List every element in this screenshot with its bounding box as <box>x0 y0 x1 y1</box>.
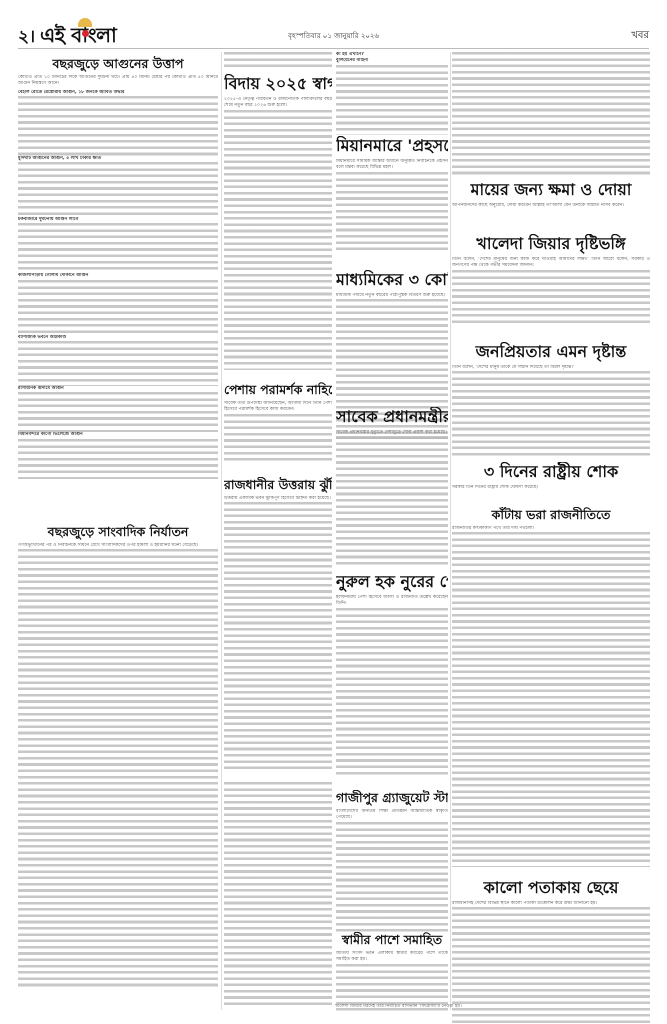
headline: গাজীপুর গ্র্যাজুয়েট স্টাডিজ <box>336 790 448 806</box>
subhead: চকবাজারে দুর্ঘটনায় আগুন লাগে <box>18 217 79 222</box>
article-khaleda: খালেদা জিয়ার দৃষ্টিভঙ্গি তিনি বলেন, 'দে… <box>452 234 650 339</box>
subhead: বিমানবন্দরে কার্গো ভিলেজে আগুন <box>18 432 83 437</box>
section-label: খবর <box>631 28 649 45</box>
headline: বিদায় ২০২৫ স্বাগতম <box>224 74 332 94</box>
article-lead: আপনজনদের কাছে অনুরোধ, দোয়া করবেন আল্লাহ… <box>452 203 650 209</box>
headline: নুরুল হক নুরের পেশা <box>336 572 448 592</box>
headline: জনপ্রিয়তার এমন দৃষ্টান্ত <box>452 342 650 362</box>
sun-icon <box>78 18 92 27</box>
subhead: কাজলাপাড়ায় গোলাম দোকানে আগুন <box>18 273 88 278</box>
article-myanmar: মিয়ানমারে 'প্রহসনের' মিয়ানমারে সামরিক … <box>336 136 448 266</box>
subhead: কী হয় এখানে? <box>336 52 364 57</box>
article-journalists: বছরজুড়ে সাংবাদিক নির্যাতন গণঅভ্যুত্থানে… <box>18 524 218 1010</box>
article-fire: বছরজুড়ে আগুনের উত্তাপ কোথাও প্রতি ১০ মি… <box>18 56 218 496</box>
headline: পেশায় পরামর্শক নাহিদের <box>224 382 332 398</box>
article-lead: হলফনামায় পেশা হিসেবে ব্যবসা ও রাজনীতি উ… <box>336 595 448 608</box>
column-divider <box>221 52 222 1010</box>
column-divider <box>450 52 451 1010</box>
headline: স্বামীর পাশে সমাহিত <box>336 932 448 948</box>
article-mourning: ৩ দিনের রাষ্ট্রীয় শোক সরকার তিন দিনের র… <box>452 462 650 502</box>
article-politics: কাঁটায় ভরা রাজনীতিতে রাজনীতির কণ্টকাকীর… <box>452 507 650 877</box>
headline: ৩ দিনের রাষ্ট্রীয় শোক <box>452 462 650 482</box>
subhead: বাণিজ্যিক ভবনে অগ্নিকাণ্ড <box>18 335 66 340</box>
column-right: মায়ের জন্য ক্ষমা ও দোয়া আপনজনদের কাছে … <box>452 52 650 1010</box>
article-ex-pm: সাবেক প্রধানমন্ত্রীর মৃত্যুতে সাবেক প্রধ… <box>336 407 448 567</box>
article-black-flag: কালো পতাকায় ছেয়ে রাজধানীসহ দেশের বিভিন… <box>452 878 650 1010</box>
article-lead: জাতীয় সংসদ ভবন এলাকায় স্বামীর কবরের পা… <box>336 951 448 964</box>
edition-date: বৃহস্পতিবার ০১ জানুয়ারি ২০২৬ <box>18 30 649 42</box>
footer-note: খালেদা জিয়ার মরদেহ তাঁর নির্বাচিত বাসভব… <box>335 1004 649 1010</box>
headline: বছরজুড়ে সাংবাদিক নির্যাতন <box>18 524 218 540</box>
article-stadium: গাজীপুর গ্র্যাজুয়েট স্টাডিজ বাংলাদেশের … <box>336 790 448 930</box>
article-welcome-2025: বিদায় ২০২৫ স্বাগতম ২০২৫-এ নেতৃত্ব পরিবর… <box>224 74 332 374</box>
headline: কাঁটায় ভরা রাজনীতিতে <box>452 507 650 523</box>
headline: খালেদা জিয়ার দৃষ্টিভঙ্গি <box>452 234 650 254</box>
article-capital: রাজধানীর উত্তরায় ঝুঁকিপূর্ণ উত্তরায় এক… <box>224 477 332 777</box>
subhead: মুদিঘাট আগুনের আগুন, ৫ লাখ টাকার ক্ষতি <box>18 156 101 161</box>
column-left: বছরজুড়ে আগুনের উত্তাপ কোথাও প্রতি ১০ মি… <box>18 52 218 1010</box>
article-advisor: পেশায় পরামর্শক নাহিদের সাবেক তথ্য উপদেষ… <box>224 382 332 472</box>
article-left-continued <box>224 782 332 1010</box>
article-myanmar-side: কী হয় এখানে? বুলিয়েনের বাহিনী <box>336 52 448 142</box>
article-top-right <box>452 52 650 182</box>
headline: মায়ের জন্য ক্ষমা ও দোয়া <box>452 180 650 200</box>
article-lead: তিনি বলেন, 'দেশের মানুষের জন্য কাজ করে য… <box>452 257 650 270</box>
subhead: বুলিয়েনের বাহিনী <box>336 58 368 63</box>
myanmar-continued <box>224 52 332 72</box>
article-lead: কোথাও প্রতি ১০ মিনিটের দিকে আগুনের দুর্ঘ… <box>18 75 218 88</box>
headline: রাজধানীর উত্তরায় ঝুঁকিপূর্ণ <box>224 477 332 493</box>
article-lead: মিয়ানমারে সামরিক জান্তার অধীনে অনুষ্ঠিত… <box>336 159 448 172</box>
article-husband: স্বামীর পাশে সমাহিত জাতীয় সংসদ ভবন এলাক… <box>336 932 448 1012</box>
headline: মাধ্যমিকের ৩ কোটি <box>336 270 448 290</box>
headline: মিয়ানমারে 'প্রহসনের' <box>336 136 448 156</box>
article-nurul-haq: নুরুল হক নুরের পেশা হলফনামায় পেশা হিসেব… <box>336 572 448 772</box>
article-popularity: জনপ্রিয়তার এমন দৃষ্টান্ত তিনি বলেন, 'দে… <box>452 342 650 460</box>
headline: কালো পতাকায় ছেয়ে <box>452 878 650 898</box>
article-lead: সরকার তিন দিনের রাষ্ট্রীয় শোক ঘোষণা করে… <box>452 485 650 491</box>
article-lead: সাবেক তথ্য উপদেষ্টা জানিয়েছেন, আগামী দি… <box>224 401 332 414</box>
masthead: ২। এই বাংলা বৃহস্পতিবার ০১ জানুয়ারি ২০২… <box>18 24 649 49</box>
article-lead: ২০২৫-এ নেতৃত্ব পরিবর্তন ও রাজনৈতিক পালাব… <box>224 97 332 110</box>
article-lead: বাংলাদেশের অন্যতম শিক্ষা প্রতিষ্ঠান আন্ত… <box>336 809 448 822</box>
column-middle: বিদায় ২০২৫ স্বাগতম ২০২৫-এ নেতৃত্ব পরিবর… <box>224 52 448 1010</box>
article-mother: মায়ের জন্য ক্ষমা ও দোয়া আপনজনদের কাছে … <box>452 180 650 230</box>
headline: বছরজুড়ে আগুনের উত্তাপ <box>18 56 218 72</box>
subhead: রাসায়নিক গুদামে আগুন <box>18 386 64 391</box>
subhead: বেইলি রোডে রেস্তোরাঁয় আগুন, ১৮ জনকে জীব… <box>18 90 124 95</box>
headline: সাবেক প্রধানমন্ত্রীর মৃত্যুতে <box>336 407 448 427</box>
